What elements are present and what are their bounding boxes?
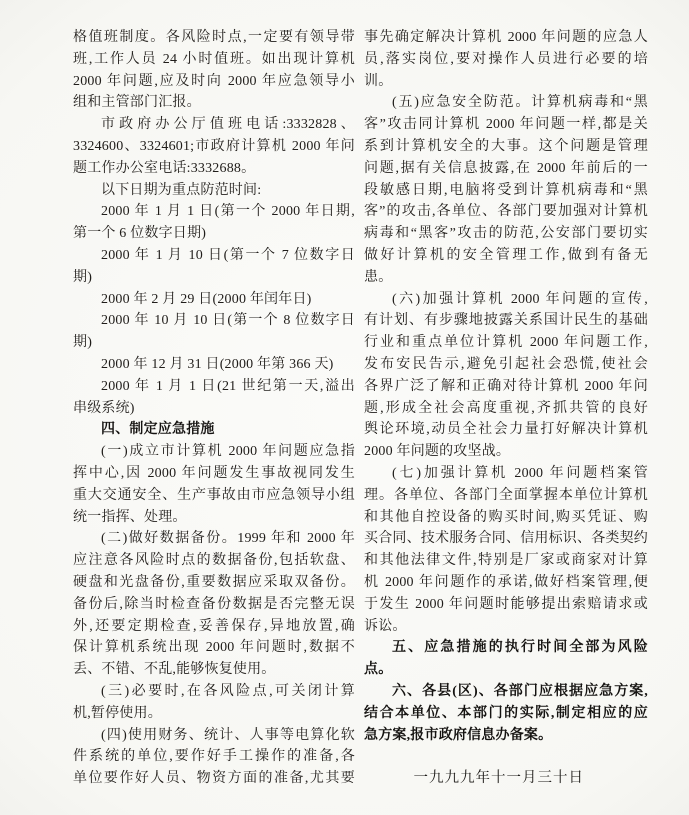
text-line: 客”的攻击,各单位、各部门要加强对计算机 — [364, 201, 648, 223]
text-line: 格值班制度。各风险时点,一定要有领导带 — [73, 27, 355, 49]
text-line: 应注意各风险时点的数据备份,包括软盘、 — [73, 550, 355, 572]
text-line: (二)做好数据备份。1999 年和 2000 年 — [73, 528, 355, 550]
text-line: 单位要作好人员、物资方面的准备,尤其要 — [73, 768, 355, 790]
text-line: 行业和重点单位计算机 2000 年问题工作, — [364, 332, 648, 354]
text-line: 统一指挥、处理。 — [73, 507, 355, 529]
text-line: 和其他自控设备的购买时间,购买凭证、购 — [364, 507, 648, 529]
text-line: 买合同、技术服务合同、信用标识、各类契约 — [364, 528, 648, 550]
text-line: 事先确定解决计算机 2000 年问题的应急人 — [364, 27, 648, 49]
text-line: 外,还要定期检查,妥善保存,异地放置,确 — [73, 616, 355, 638]
text-line: 训。 — [364, 71, 648, 93]
text-line: 做好计算机的安全管理工作,做到有备无 — [364, 245, 648, 267]
text-line: 保计算机系统出现 2000 年问题时,数据不 — [73, 637, 355, 659]
text-line: 丢、不错、不乱,能够恢复使用。 — [73, 659, 355, 681]
text-line: 点。 — [364, 659, 648, 681]
scanned-document-page: 格值班制度。各风险时点,一定要有领导带班,工作人员 24 小时值班。如出现计算机… — [0, 0, 689, 815]
text-line: 第一个 6 位数字日期) — [73, 223, 355, 245]
text-line: 3324600、3324601;市政府计算机 2000 年问 — [73, 136, 355, 158]
text-line: 硬盘和光盘备份,重要数据应采取双备份。 — [73, 572, 355, 594]
text-line: 2000 年 1 月 1 日(第一个 2000 年日期, — [73, 201, 355, 223]
text-line: (三)必要时,在各风险点,可关闭计算 — [73, 681, 355, 703]
text-line: 六、各县(区)、各部门应根据应急方案, — [364, 681, 648, 703]
text-line: 客”攻击同计算机 2000 年问题一样,都是关 — [364, 114, 648, 136]
text-line: 重大交通安全、生产事故由市应急领导小组 — [73, 485, 355, 507]
text-line: 发布安民告示,避免引起社会恐慌,使社会 — [364, 354, 648, 376]
text-line: (四)使用财务、统计、人事等电算化软 — [73, 725, 355, 747]
text-line: (五)应急安全防范。计算机病毒和“黑 — [364, 92, 648, 114]
text-line: 五、应急措施的执行时间全部为风险 — [364, 637, 648, 659]
text-line: 机,暂停使用。 — [73, 703, 355, 725]
text-line: 2000 年问题,应及时向 2000 年应急领导小 — [73, 71, 355, 93]
text-line: 组和主管部门汇报。 — [73, 92, 355, 114]
text-line: 2000 年 12 月 31 日(2000 年第 366 天) — [73, 354, 355, 376]
text-line: 四、制定应急措施 — [73, 419, 355, 441]
text-line: 题,形成全社会高度重视,齐抓共管的良好 — [364, 398, 648, 420]
text-line: 2000 年 10 月 10 日(第一个 8 位数字日 — [73, 310, 355, 332]
text-line: 期) — [73, 267, 355, 289]
text-line: (一)成立市计算机 2000 年问题应急指 — [73, 441, 355, 463]
text-line: 2000 年问题的攻坚战。 — [364, 441, 648, 463]
text-line: 期) — [73, 332, 355, 354]
text-line: 市政府办公厅值班电话:3332828、 — [73, 114, 355, 136]
text-line: 诉讼。 — [364, 616, 648, 638]
text-line: 机 2000 年问题作的承诺,做好档案管理,便 — [364, 572, 648, 594]
text-line: 急方案,报市政府信息办备案。 — [364, 725, 648, 747]
text-line: 以下日期为重点防范时间: — [73, 180, 355, 202]
signature-date: 一九九九年十一月三十日 — [364, 768, 648, 790]
text-line: 挥中心,因 2000 年问题发生事故视同发生 — [73, 463, 355, 485]
text-line: 病毒和“黑客”攻击的防范,公安部门要切实 — [364, 223, 648, 245]
text-line: 舆论环境,动员全社会力量打好解决计算机 — [364, 419, 648, 441]
text-line: 和其他法律文件,特别是厂家或商家对计算 — [364, 550, 648, 572]
text-line: 各界广泛了解和正确对待计算机 2000 年问 — [364, 376, 648, 398]
text-line: 件系统的单位,要作好手工操作的准备,各 — [73, 746, 355, 768]
right-text-column: 事先确定解决计算机 2000 年问题的应急人员,落实岗位,要对操作人员进行必要的… — [364, 27, 648, 746]
text-line: (六)加强计算机 2000 年问题的宣传, — [364, 289, 648, 311]
text-line: 有计划、有步骤地披露关系国计民生的基础 — [364, 310, 648, 332]
text-line: (七)加强计算机 2000 年问题档案管 — [364, 463, 648, 485]
text-line: 2000 年 1 月 10 日(第一个 7 位数字日 — [73, 245, 355, 267]
text-line: 班,工作人员 24 小时值班。如出现计算机 — [73, 49, 355, 71]
text-line: 2000 年 1 月 1 日(21 世纪第一天,溢出 — [73, 376, 355, 398]
text-line: 系到计算机安全的大事。这个问题是管理 — [364, 136, 648, 158]
text-line: 串级系统) — [73, 398, 355, 420]
text-line: 题工作办公室电话:3332688。 — [73, 158, 355, 180]
text-line: 患。 — [364, 267, 648, 289]
text-line: 结合本单位、本部门的实际,制定相应的应 — [364, 703, 648, 725]
text-line: 于发生 2000 年问题时能够提出索赔请求或 — [364, 594, 648, 616]
text-line: 问题,据有关信息披露,在 2000 年前后的一 — [364, 158, 648, 180]
text-line: 员,落实岗位,要对操作人员进行必要的培 — [364, 49, 648, 71]
text-line: 2000 年 2 月 29 日(2000 年闰年日) — [73, 289, 355, 311]
text-line: 备份后,除当时检查备份数据是否完整无误 — [73, 594, 355, 616]
text-line: 理。各单位、各部门全面掌握本单位计算机 — [364, 485, 648, 507]
text-line: 段敏感日期,电脑将受到计算机病毒和“黑 — [364, 180, 648, 202]
left-text-column: 格值班制度。各风险时点,一定要有领导带班,工作人员 24 小时值班。如出现计算机… — [73, 27, 355, 790]
